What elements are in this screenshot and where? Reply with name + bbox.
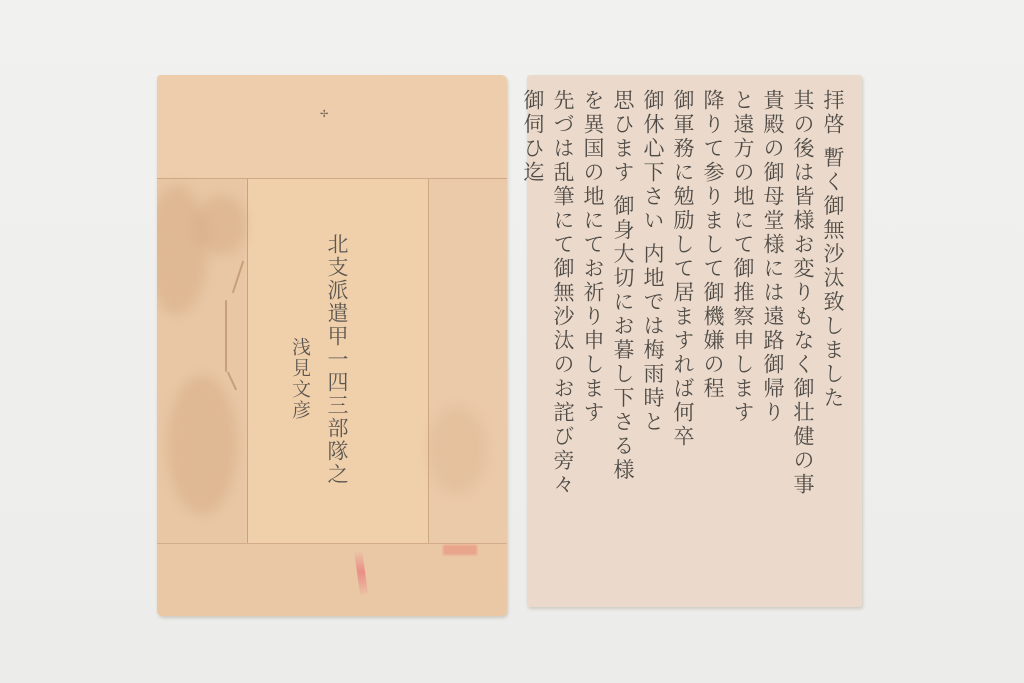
letter-column: 思ひます 御身大切にお暮し下さる様 <box>610 89 636 594</box>
envelope-top-band <box>157 75 507 179</box>
letter-column: 降りて参りまして御機嫌の程 <box>700 89 726 594</box>
letter-column: 御軍務に勉励して居ますれば何卒 <box>670 89 696 594</box>
address-line: 北支派遣甲一四三部隊 <box>325 233 349 463</box>
envelope-sender-name: 浅見文彦 <box>287 337 314 517</box>
letter-column: 拝啓 暫く御無沙汰致しました <box>820 89 846 594</box>
letter-column: 貴殿の御母堂様には遠路御帰り <box>760 89 786 594</box>
letter-column: 御休心下さい 内地では梅雨時と <box>640 89 666 594</box>
water-stain <box>427 405 487 495</box>
letter-column: を異国の地にてお祈り申します <box>580 89 606 594</box>
water-stain <box>197 195 247 255</box>
envelope: ✢ 北支派遣甲一四三部隊之 浅見文彦 <box>157 75 507 616</box>
letter-text-columns: 拝啓 暫く御無沙汰致しました 其の後は皆様お変りもなく御壮健の事 貴殿の御母堂様… <box>520 89 846 594</box>
photo-background <box>0 0 1024 683</box>
red-ink-mark <box>443 545 477 555</box>
envelope-address-text: 北支派遣甲一四三部隊之 <box>322 233 352 533</box>
letter-column: 御伺ひ迄 <box>520 89 546 594</box>
letter-column: と遠方の地にて御推察申します <box>730 89 756 594</box>
letter-column: 其の後は皆様お変りもなく御壮健の事 <box>790 89 816 594</box>
paper-tear <box>225 300 227 372</box>
water-stain <box>167 375 237 515</box>
letter-column: 先づは乱筆にて御無沙汰のお詫び旁々 <box>550 89 576 594</box>
address-suffix: 之 <box>325 463 349 486</box>
letter-card: 拝啓 暫く御無沙汰致しました 其の後は皆様お変りもなく御壮健の事 貴殿の御母堂様… <box>527 75 862 607</box>
pin-hole-mark: ✢ <box>320 109 328 120</box>
